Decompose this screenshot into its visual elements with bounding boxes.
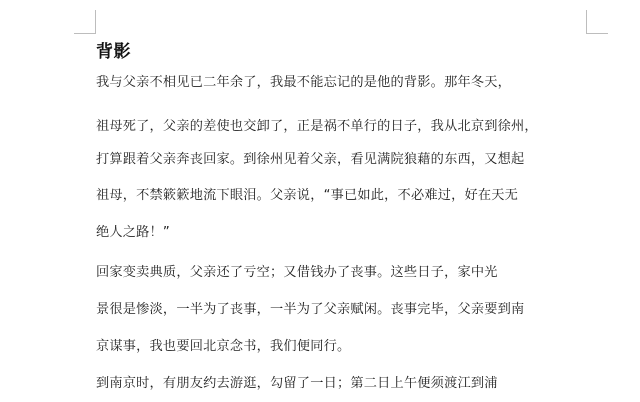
document-title: 背影: [96, 40, 131, 64]
paragraph-line: 回家变卖典质，父亲还了亏空；又借钱办了丧事。这些日子，家中光: [96, 264, 498, 282]
paragraph-line: 景很是惨淡，一半为了丧事，一半为了父亲赋闲。丧事完毕，父亲要到南: [96, 301, 524, 319]
margin-corner-mark-top-right: [586, 10, 608, 34]
paragraph-line: 绝人之路！”: [96, 224, 170, 242]
paragraph-line: 祖母死了，父亲的差使也交卸了，正是祸不单行的日子，我从北京到徐州，: [96, 118, 538, 136]
paragraph-line: 京谋事，我也要回北京念书，我们便同行。: [96, 338, 350, 356]
paragraph-line: 到南京时，有朋友约去游逛，勾留了一日；第二日上午便须渡江到浦: [96, 375, 498, 393]
paragraph-line: 我与父亲不相见已二年余了，我最不能忘记的是他的背影。那年冬天，: [96, 74, 511, 92]
margin-corner-mark-top-left: [74, 10, 96, 34]
document-page: 背影 我与父亲不相见已二年余了，我最不能忘记的是他的背影。那年冬天， 祖母死了，…: [0, 0, 640, 402]
paragraph-line: 打算跟着父亲奔丧回家。到徐州见着父亲，看见满院狼藉的东西，又想起: [96, 151, 524, 169]
paragraph-line: 祖母，不禁簌簌地流下眼泪。父亲说，“事已如此，不必难过，好在天无: [96, 187, 518, 205]
